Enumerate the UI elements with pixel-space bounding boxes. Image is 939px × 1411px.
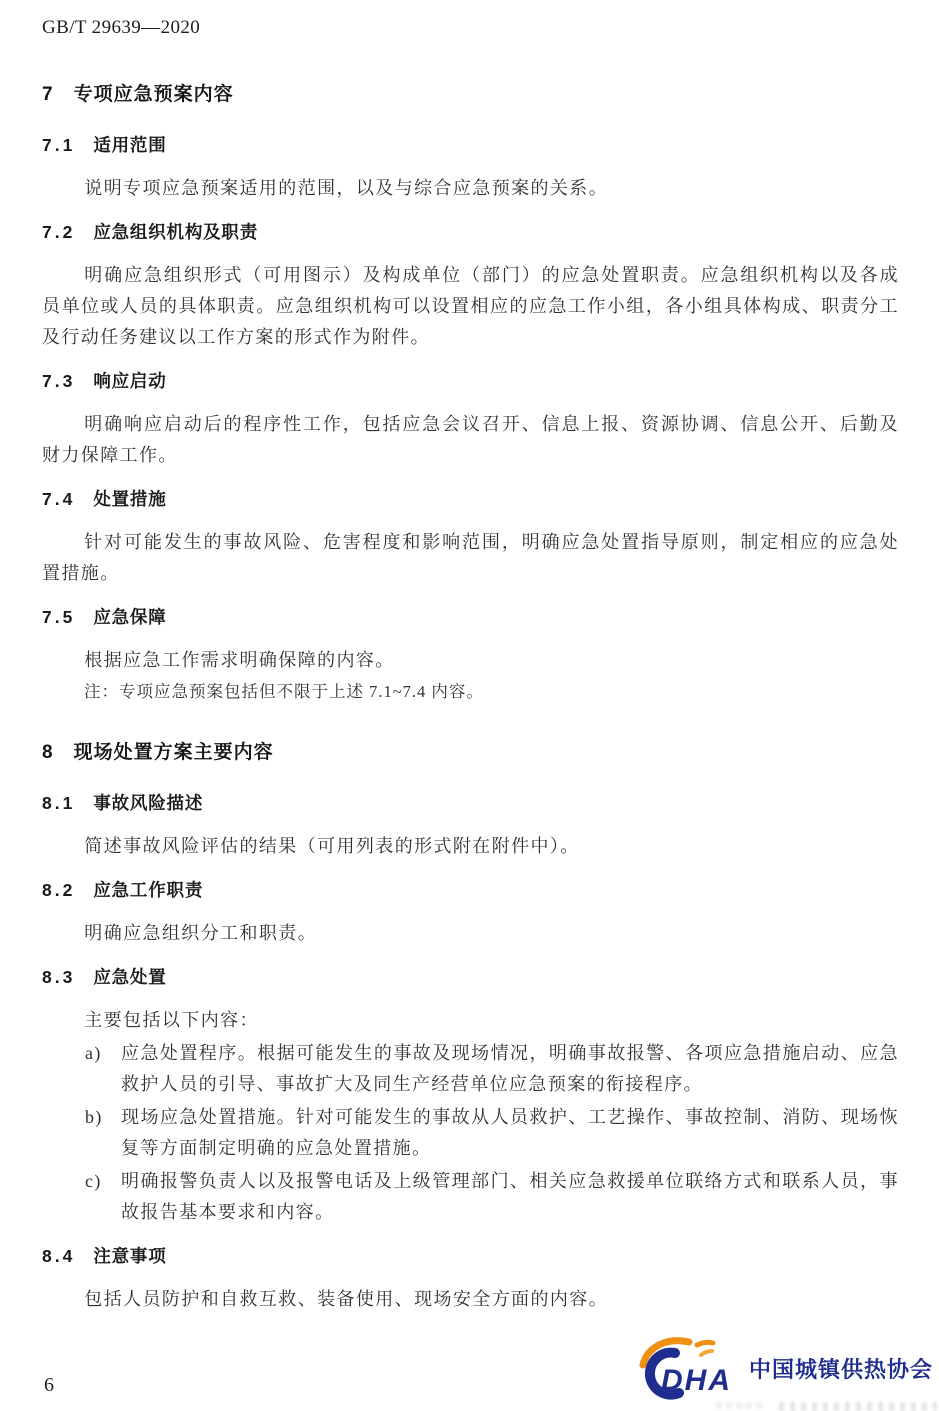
- subsection-title: 应急保障: [93, 607, 166, 627]
- subsection-number: 8.3: [42, 967, 75, 987]
- subsection-7-3-heading: 7.3响应启动: [42, 366, 899, 397]
- subsection-title: 处置措施: [93, 489, 166, 509]
- svg-text:DHA: DHA: [661, 1364, 732, 1397]
- subsection-7-1-paragraph: 说明专项应急预案适用的范围，以及与综合应急预案的关系。: [42, 173, 899, 204]
- subsection-7-5-note: 注：专项应急预案包括但不限于上述 7.1~7.4 内容。: [84, 676, 899, 707]
- document-page: GB/T 29639—2020 7专项应急预案内容 7.1适用范围 说明专项应急…: [0, 0, 939, 1315]
- list-item-marker: b): [85, 1102, 121, 1164]
- subsection-7-2-heading: 7.2应急组织机构及职责: [42, 217, 899, 248]
- subsection-number: 7.4: [42, 489, 75, 509]
- subsection-7-1-heading: 7.1适用范围: [42, 130, 899, 161]
- subsection-8-3-heading: 8.3应急处置: [42, 962, 899, 993]
- subsection-number: 7.3: [42, 371, 75, 391]
- list-item-text: 应急处置程序。根据可能发生的事故及现场情况，明确事故报警、各项应急措施启动、应急…: [121, 1038, 899, 1100]
- chapter-number: 8: [42, 742, 54, 763]
- subsection-7-4-heading: 7.4处置措施: [42, 484, 899, 515]
- dha-logo-org-name: 中国城镇供热协会: [749, 1353, 933, 1384]
- subsection-title: 事故风险描述: [93, 793, 203, 813]
- subsection-8-3-list: a) 应急处置程序。根据可能发生的事故及现场情况，明确事故报警、各项应急措施启动…: [42, 1038, 899, 1228]
- subsection-8-2-paragraph: 明确应急组织分工和职责。: [42, 918, 899, 949]
- list-item-text: 明确报警负责人以及报警电话及上级管理部门、相关应急救援单位联络方式和联系人员，事…: [121, 1166, 899, 1228]
- chapter-title: 现场处置方案主要内容: [74, 742, 274, 763]
- subsection-8-1-heading: 8.1事故风险描述: [42, 788, 899, 819]
- subsection-7-3-paragraph: 明确响应启动后的程序性工作，包括应急会议召开、信息上报、资源协调、信息公开、后勤…: [42, 409, 899, 471]
- subsection-title: 应急组织机构及职责: [93, 222, 258, 242]
- subsection-8-1-paragraph: 简述事故风险评估的结果（可用列表的形式附在附件中）。: [42, 831, 899, 862]
- dha-logo: DHA 中国城镇供热协会: [635, 1335, 933, 1401]
- subsection-title: 应急工作职责: [93, 880, 203, 900]
- subsection-8-3-paragraph: 主要包括以下内容：: [42, 1005, 899, 1036]
- subsection-title: 适用范围: [93, 135, 166, 155]
- scan-artifact: [716, 1402, 764, 1409]
- subsection-7-2-paragraph: 明确应急组织形式（可用图示）及构成单位（部门）的应急处置职责。应急组织机构以及各…: [42, 260, 899, 353]
- list-item-text: 现场应急处置措施。针对可能发生的事故从人员救护、工艺操作、事故控制、消防、现场恢…: [121, 1102, 899, 1164]
- page-number: 6: [44, 1374, 54, 1397]
- chapter-8-heading: 8现场处置方案主要内容: [42, 737, 899, 768]
- list-item-marker: c): [85, 1166, 121, 1228]
- subsection-title: 响应启动: [93, 371, 166, 391]
- list-item: a) 应急处置程序。根据可能发生的事故及现场情况，明确事故报警、各项应急措施启动…: [85, 1038, 899, 1100]
- subsection-title: 注意事项: [93, 1246, 166, 1266]
- subsection-number: 8.1: [42, 793, 75, 813]
- subsection-7-5-paragraph: 根据应急工作需求明确保障的内容。: [42, 645, 899, 676]
- scan-artifact: [779, 1402, 937, 1411]
- subsection-8-4-paragraph: 包括人员防护和自救互救、装备使用、现场安全方面的内容。: [42, 1284, 899, 1315]
- subsection-8-2-heading: 8.2应急工作职责: [42, 875, 899, 906]
- standard-code: GB/T 29639—2020: [42, 12, 899, 43]
- chapter-7-heading: 7专项应急预案内容: [42, 79, 899, 110]
- subsection-number: 7.2: [42, 222, 75, 242]
- chapter-number: 7: [42, 84, 54, 105]
- list-item: b) 现场应急处置措施。针对可能发生的事故从人员救护、工艺操作、事故控制、消防、…: [85, 1102, 899, 1164]
- subsection-title: 应急处置: [93, 967, 166, 987]
- list-item: c) 明确报警负责人以及报警电话及上级管理部门、相关应急救援单位联络方式和联系人…: [85, 1166, 899, 1228]
- subsection-number: 7.5: [42, 607, 75, 627]
- subsection-7-5-heading: 7.5应急保障: [42, 602, 899, 633]
- subsection-number: 7.1: [42, 135, 75, 155]
- subsection-number: 8.2: [42, 880, 75, 900]
- subsection-7-4-paragraph: 针对可能发生的事故风险、危害程度和影响范围，明确应急处置指导原则，制定相应的应急…: [42, 527, 899, 589]
- subsection-number: 8.4: [42, 1246, 75, 1266]
- dha-logo-mark-icon: DHA: [635, 1335, 743, 1401]
- chapter-title: 专项应急预案内容: [74, 84, 234, 105]
- list-item-marker: a): [85, 1038, 121, 1100]
- subsection-8-4-heading: 8.4注意事项: [42, 1241, 899, 1272]
